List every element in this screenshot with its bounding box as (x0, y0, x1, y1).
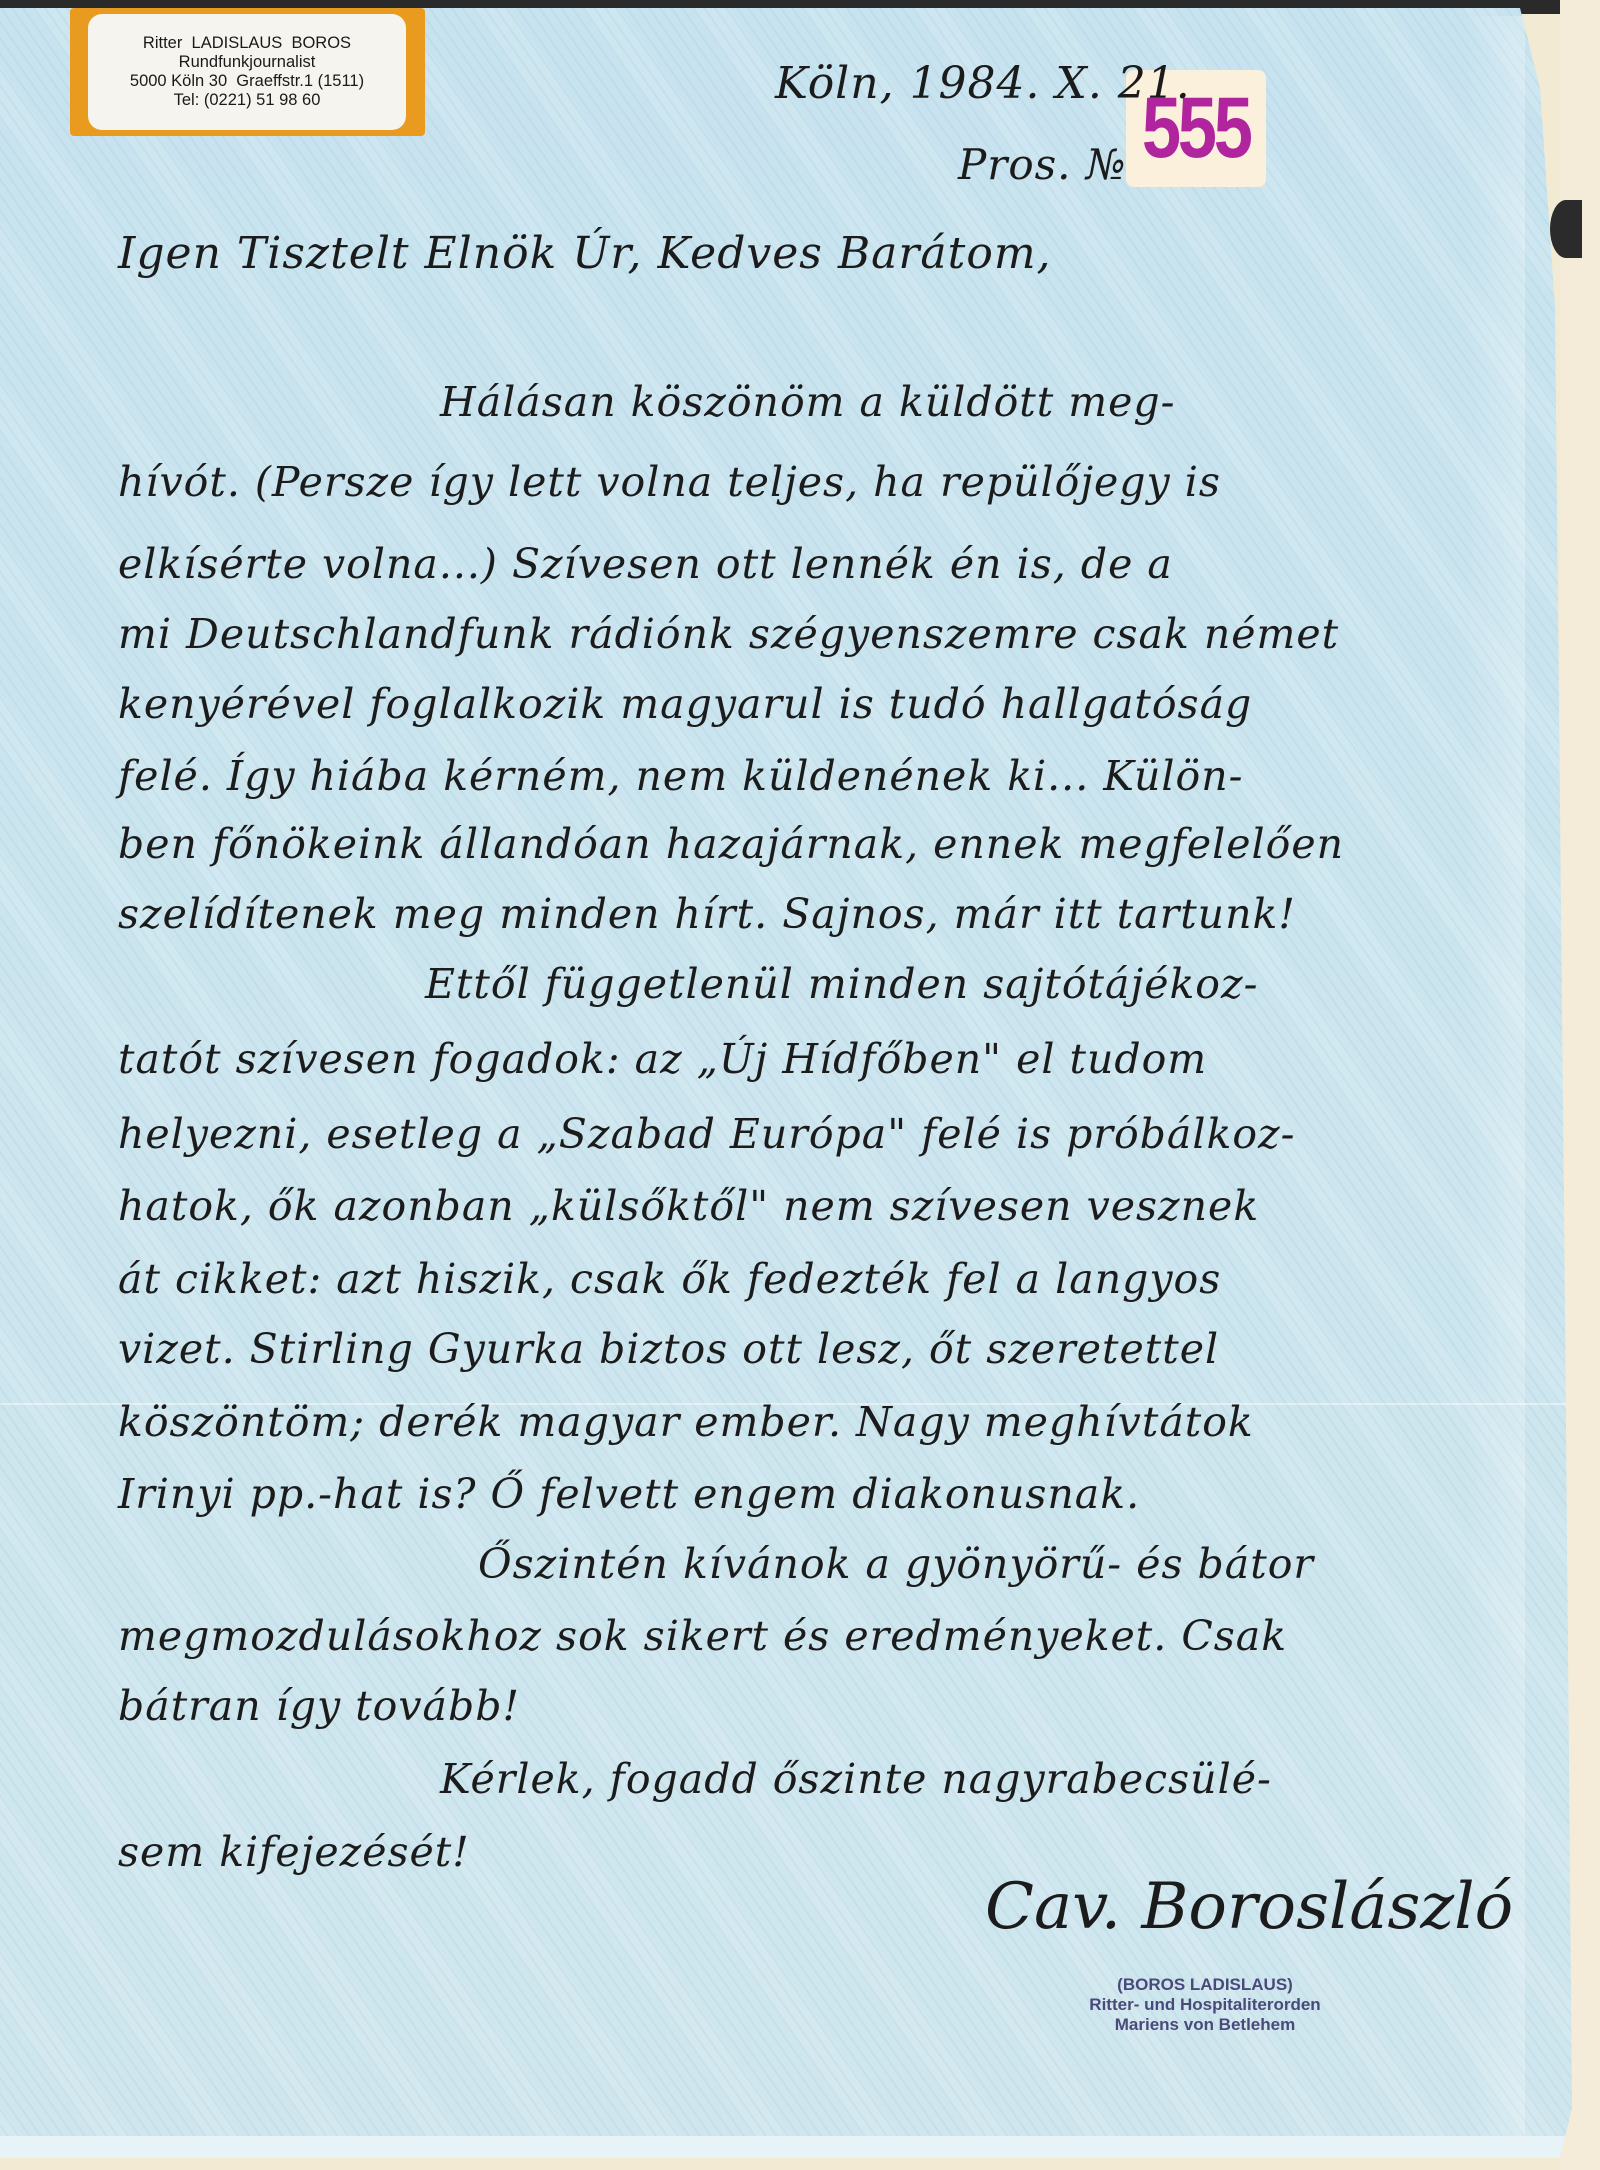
body-line: sem kifejezését! (118, 1828, 470, 1876)
signature: Cav. Boroslászló (985, 1870, 1513, 1944)
body-line: Ettől függetlenül minden sajtótájékoz- (425, 960, 1258, 1008)
body-line: át cikket: azt hiszik, csak ők fedezték … (118, 1255, 1221, 1303)
body-line: vizet. Stirling Gyurka biztos ott lesz, … (118, 1325, 1219, 1373)
rubber-stamp: (BOROS LADISLAUS) Ritter- und Hospitalit… (1055, 1975, 1355, 2035)
body-line: tatót szívesen fogadok: az „Új Hídfőben"… (118, 1035, 1207, 1083)
address-phone: Tel: (0221) 51 98 60 (174, 91, 321, 110)
address-label: Ritter LADISLAUS BOROS Rundfunkjournalis… (70, 8, 425, 136)
paper-edge (1465, 16, 1525, 2166)
stamp-order-place: Mariens von Betlehem (1055, 2015, 1355, 2035)
letter-salutation: Igen Tisztelt Elnök Úr, Kedves Barátom, (118, 228, 1052, 279)
body-line: Hálásan köszönöm a küldött meg- (440, 378, 1176, 426)
body-line: Irinyi pp.-hat is? Ő felvett engem diako… (118, 1470, 1140, 1518)
body-line: elkísérte volna...) Szívesen ott lennék … (118, 540, 1173, 588)
address-label-content: Ritter LADISLAUS BOROS Rundfunkjournalis… (88, 14, 406, 130)
address-name: Ritter LADISLAUS BOROS (143, 34, 351, 53)
body-line: hívót. (Persze így lett volna teljes, ha… (118, 458, 1221, 506)
body-line: mi Deutschlandfunk rádiónk szégyenszemre… (118, 610, 1339, 658)
address-occupation: Rundfunkjournalist (179, 53, 316, 72)
body-line: helyezni, esetleg a „Szabad Európa" felé… (118, 1110, 1295, 1158)
stamp-order: Ritter- und Hospitaliterorden (1055, 1995, 1355, 2015)
letter-reference: Pros. № (958, 140, 1127, 189)
body-line: ben főnökeink állandóan hazajárnak, enne… (118, 820, 1344, 868)
binder-clip-icon (1550, 200, 1582, 258)
body-line: köszöntöm; derék magyar ember. Nagy megh… (118, 1398, 1254, 1446)
body-line: bátran így tovább! (118, 1682, 520, 1730)
body-line: Kérlek, fogadd őszinte nagyrabecsülé- (440, 1755, 1272, 1803)
address-street: 5000 Köln 30 Graeffstr.1 (1511) (130, 72, 364, 91)
body-line: Őszintén kívánok a gyönyörű- és bátor (478, 1540, 1314, 1588)
stamp-name: (BOROS LADISLAUS) (1055, 1975, 1355, 1995)
body-line: hatok, ők azonban „külsőktől" nem szíves… (118, 1182, 1259, 1230)
paper-bottom-edge (0, 2136, 1575, 2158)
body-line: megmozdulásokhoz sok sikert és eredménye… (118, 1612, 1287, 1660)
body-line: kenyérével foglalkozik magyarul is tudó … (118, 680, 1252, 728)
letter-date: Köln, 1984. X. 21. (775, 58, 1191, 109)
body-line: szelídítenek meg minden hírt. Sajnos, má… (118, 890, 1296, 938)
body-line: felé. Így hiába kérném, nem küldenének k… (118, 752, 1243, 800)
